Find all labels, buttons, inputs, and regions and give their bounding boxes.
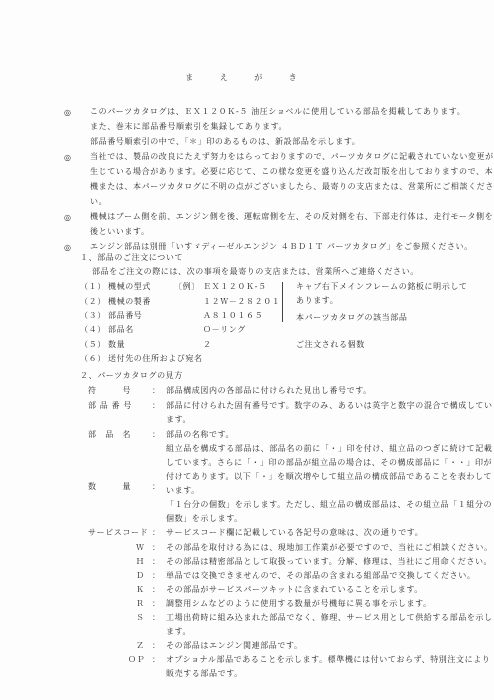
- term-desc: 組立品を構成する部品は、部品名の前に「・」印を付け、組立品のつぎに続けて記載: [166, 444, 492, 454]
- order-item-value: １２Ｗ－２８２０１: [203, 297, 280, 307]
- note-quantity: ご注文される個数: [296, 340, 365, 350]
- term-desc: 「１台分の個数」を示します。ただし、組立品の構成部品は、その組立品「１組分の: [166, 500, 492, 510]
- colon: ：: [152, 430, 161, 440]
- term-desc: ます。: [166, 415, 191, 425]
- service-code: Ｓ: [136, 613, 145, 623]
- term-desc: 部品構成図内の各部品に付けられた見出し番号です。: [166, 386, 372, 396]
- intro-text: い。: [90, 197, 107, 207]
- colon: ：: [152, 401, 161, 411]
- intro-text: 生じている場合があります。必要に応じて、この様な変更を盛り込んだ改訂版を出してお…: [90, 167, 493, 177]
- order-item-label: 部品番号: [108, 311, 142, 321]
- term-label: 数 量: [88, 482, 131, 492]
- order-item-label: 機械の型式: [108, 282, 151, 292]
- intro-text: 後といいます。: [90, 227, 150, 237]
- intro-text: 機械はブーム側を前、エンジン側を後、運転席側を左、その反対側を右、下部走行体は、…: [90, 212, 493, 222]
- term-label: サービスコード: [88, 528, 148, 538]
- bullet-mark: ◎: [64, 243, 71, 252]
- order-item-no: （１）: [80, 282, 106, 292]
- term-desc: 付けてあります。以下「・」を順次増やして組立品の構成部品であることを表わして: [166, 472, 492, 482]
- service-code: Ｒ: [136, 599, 145, 609]
- section2-heading: ２、パーツカタログの見方: [80, 371, 183, 381]
- service-code-desc: ます。: [166, 627, 191, 637]
- section1-heading: １、部品のご注文について: [80, 253, 183, 263]
- order-item-no: （３）: [80, 311, 106, 321]
- order-item-label: 機械の製番: [108, 297, 151, 307]
- term-desc: しています。さらに「・」印の部品が組立品の場合は、その構成部品に「・・」印が: [166, 458, 492, 468]
- colon: ：: [152, 571, 161, 581]
- service-code: Ｈ: [136, 557, 145, 567]
- bullet-mark: ◎: [64, 153, 71, 162]
- colon: ：: [152, 655, 161, 665]
- document-page: ま え が き ◎ このパーツカタログは、ＥＸ１２０Ｋ-５ 油圧ショベルに使用し…: [0, 0, 494, 700]
- service-code-desc: オプショナル部品であることを示します。標準機には付いておらず、特別注文により: [166, 655, 490, 665]
- intro-text: このパーツカタログは、ＥＸ１２０Ｋ-５ 油圧ショベルに使用している部品を掲載して…: [90, 107, 465, 117]
- term-label: 符 号: [88, 386, 131, 396]
- colon: ：: [152, 641, 161, 651]
- example-label: 〔例〕: [174, 282, 200, 292]
- term-desc: サービスコード欄に記載している各記号の意味は、次の通りです。: [166, 528, 423, 538]
- colon: ：: [152, 613, 161, 623]
- note-nameplate: キャブ右下メインフレームの銘板に明示して: [296, 282, 468, 292]
- order-item-value: ＥＸ１２０Ｋ-５: [203, 282, 267, 292]
- section1-lead: 部品をご注文の際には、次の事項を最寄りの支店または、営業所へご連絡ください。: [92, 267, 419, 277]
- colon: ：: [152, 386, 161, 396]
- colon: ：: [152, 585, 161, 595]
- page-title: ま え が き: [0, 72, 494, 83]
- order-item-no: （６）: [80, 354, 106, 364]
- order-item-label: 送付先の住所および宛名: [108, 354, 203, 364]
- service-code-desc: その部品がサービスパーツキットに含まれていることを示します。: [166, 585, 423, 595]
- intro-text: エンジン部品は別冊「いすゞディーゼルエンジン ４ＢＤ１Ｔ パーツカタログ」をご参…: [90, 242, 473, 252]
- bracket-divider: [282, 282, 283, 322]
- order-item-value: ２: [203, 340, 212, 350]
- colon: ：: [152, 543, 161, 553]
- term-desc: 部品に付けられた固有番号です。数字のみ、あるいは英字と数字の混合で構成してい: [166, 401, 493, 411]
- service-code-desc: その部品は精密部品として取扱っています。分解、修理は、当社にご用命ください。: [166, 557, 492, 567]
- intro-text: 機または、本パーツカタログに不明の点がございましたら、最寄りの支店または、営業所…: [90, 182, 494, 192]
- intro-text: 部品番号順索引の中で、「＊」印のあるものは、新設部品を示します。: [90, 137, 360, 147]
- colon: ：: [152, 599, 161, 609]
- order-item-no: （２）: [80, 297, 106, 307]
- colon: ：: [152, 482, 161, 492]
- service-code: Ｚ: [136, 641, 145, 651]
- order-item-label: 部品名: [108, 325, 134, 335]
- intro-text: また、巻末に部品番号順索引を集録してあります。: [90, 122, 287, 132]
- order-item-no: （４）: [80, 325, 106, 335]
- service-code-desc: 販売する部品です。: [166, 669, 243, 679]
- bullet-mark: ◎: [64, 108, 71, 117]
- service-code: Ｗ: [136, 543, 145, 553]
- note-nameplate: あります。: [296, 296, 338, 306]
- service-code-desc: その部品はエンジン関連部品です。: [166, 641, 303, 651]
- term-label: 部 品 名: [88, 430, 131, 440]
- service-code-desc: 調整用シムなどのように使用する数量が号機毎に異る事を示します。: [166, 599, 432, 609]
- term-desc: 個数」を示します。: [166, 514, 243, 524]
- order-item-value: Ｏ－リング: [203, 325, 246, 335]
- order-item-value: Ａ８１０１６５: [203, 311, 263, 321]
- service-code-desc: 工場出荷時に組み込まれた部品でなく、修理、サービス用として供給する部品を示し: [166, 613, 493, 623]
- term-label: 部 品 番 号: [88, 401, 132, 411]
- service-code-desc: 単品では交換できませんので、その部品の含まれる組部品で交換してください。: [166, 571, 475, 581]
- order-item-label: 数量: [108, 340, 125, 350]
- term-desc: います。: [166, 486, 200, 496]
- service-code: ＯＰ: [128, 655, 145, 665]
- order-item-no: （５）: [80, 340, 106, 350]
- colon: ：: [152, 528, 161, 538]
- note-catalog: 本パーツカタログの該当部品: [296, 313, 407, 323]
- intro-text: 当社では、製品の改良にたえず努力をはらっておりますので、パーツカタログに記載され…: [90, 152, 494, 162]
- term-desc: 部品の名称です。: [166, 430, 234, 440]
- service-code: Ｋ: [136, 585, 145, 595]
- colon: ：: [152, 557, 161, 567]
- service-code-desc: その部品を取付ける為には、現地加工作業が必要ですので、当社にご相談ください。: [166, 543, 493, 553]
- bullet-mark: ◎: [64, 213, 71, 222]
- service-code: Ｄ: [136, 571, 145, 581]
